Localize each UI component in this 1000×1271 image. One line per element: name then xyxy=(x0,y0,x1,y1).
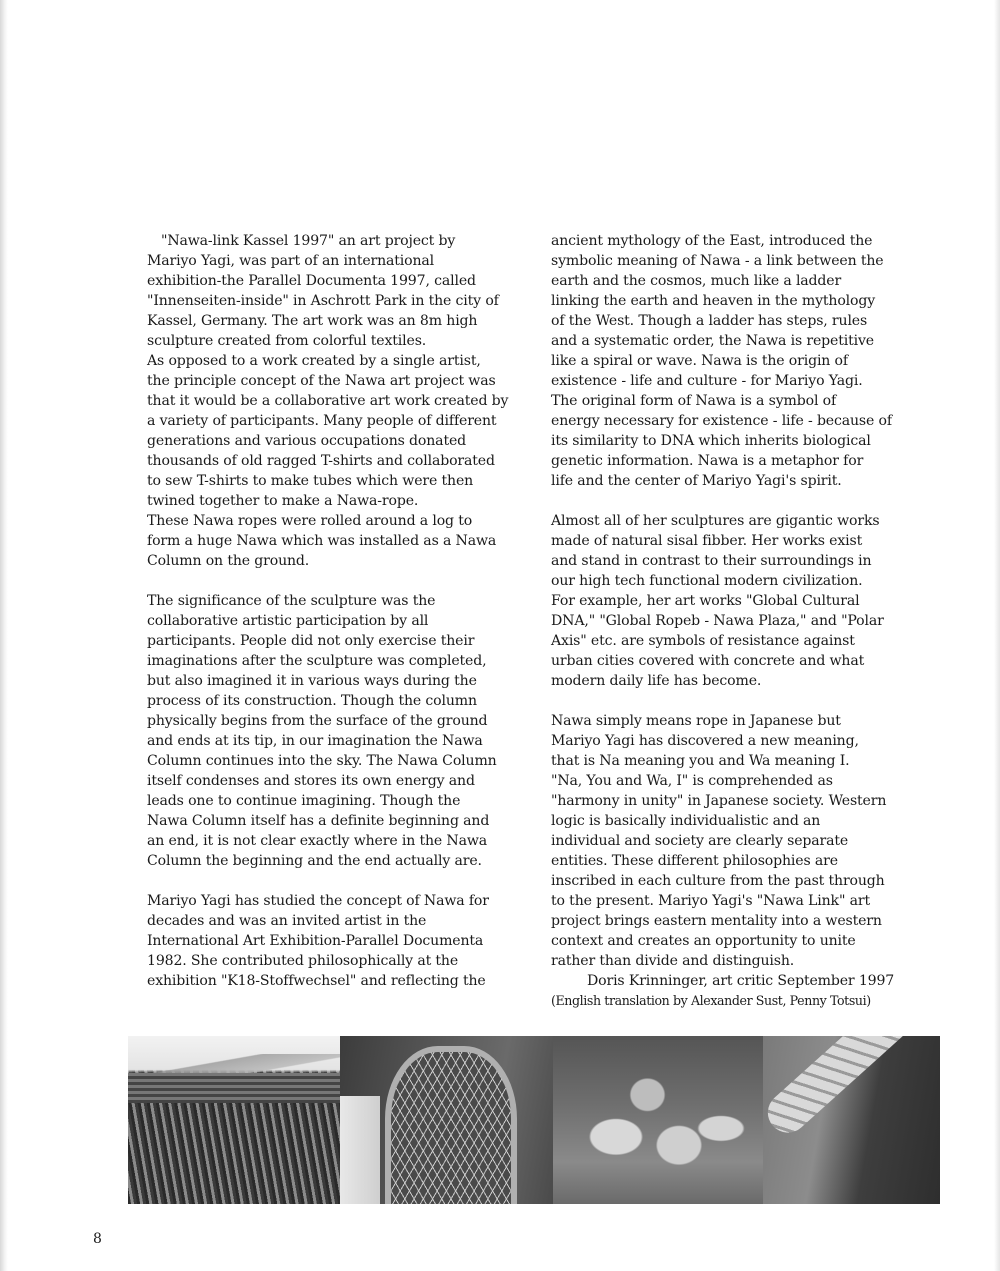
text-line: entities. These different philosophies a… xyxy=(551,851,881,871)
text-line: "Innenseiten-inside" in Aschrott Park in… xyxy=(147,291,492,311)
text-line: of the West. Though a ladder has steps, … xyxy=(551,311,881,331)
paragraph-gap xyxy=(551,691,881,711)
text-line: that it would be a collaborative art wor… xyxy=(147,391,492,411)
text-line: "harmony in unity" in Japanese society. … xyxy=(551,791,881,811)
text-line: and ends at its tip, in our imagination … xyxy=(147,731,492,751)
text-line: participants. People did not only exerci… xyxy=(147,631,492,651)
text-line: twined together to make a Nawa-rope. xyxy=(147,491,492,511)
text-line: Mariyo Yagi has studied the concept of N… xyxy=(147,891,492,911)
text-line: generations and various occupations dona… xyxy=(147,431,492,451)
text-line: but also imagined it in various ways dur… xyxy=(147,671,492,691)
text-line: project brings eastern mentality into a … xyxy=(551,911,881,931)
photo-rope-net-column xyxy=(340,1036,553,1204)
text-line: "Nawa-link Kassel 1997" an art project b… xyxy=(147,231,492,251)
text-line: Mariyo Yagi has discovered a new meaning… xyxy=(551,731,881,751)
text-line: collaborative artistic participation by … xyxy=(147,611,492,631)
text-line: urban cities covered with concrete and w… xyxy=(551,651,881,671)
text-line: energy necessary for existence - life - … xyxy=(551,411,881,431)
text-line: process of its construction. Though the … xyxy=(147,691,492,711)
text-line: Nawa simply means rope in Japanese but xyxy=(551,711,881,731)
text-line: earth and the cosmos, much like a ladder xyxy=(551,271,881,291)
photo-cultivated-fields xyxy=(128,1036,340,1204)
text-line: For example, her art works "Global Cultu… xyxy=(551,591,881,611)
text-line: International Art Exhibition-Parallel Do… xyxy=(147,931,492,951)
text-line: an end, it is not clear exactly where in… xyxy=(147,831,492,851)
text-line: DNA," "Global Ropeb - Nawa Plaza," and "… xyxy=(551,611,881,631)
paragraph-gap xyxy=(551,491,881,511)
text-line: sculpture created from colorful textiles… xyxy=(147,331,492,351)
text-line: its similarity to DNA which inherits bio… xyxy=(551,431,881,451)
text-line: These Nawa ropes were rolled around a lo… xyxy=(147,511,492,531)
text-line: itself condenses and stores its own ener… xyxy=(147,771,492,791)
text-line: rather than divide and distinguish. xyxy=(551,951,881,971)
text-line: context and creates an opportunity to un… xyxy=(551,931,881,951)
paragraph-gap xyxy=(147,871,492,891)
text-line: Axis" etc. are symbols of resistance aga… xyxy=(551,631,881,651)
text-line: like a spiral or wave. Nawa is the origi… xyxy=(551,351,881,371)
author-signature: Doris Krinninger, art critic September 1… xyxy=(551,971,881,991)
text-line: and stand in contrast to their surroundi… xyxy=(551,551,881,571)
text-line: life and the center of Mariyo Yagi's spi… xyxy=(551,471,881,491)
text-line: The significance of the sculpture was th… xyxy=(147,591,492,611)
photo-stone-statues xyxy=(553,1036,763,1204)
text-line: 1982. She contributed philosophically at… xyxy=(147,951,492,971)
text-line: made of natural sisal fibber. Her works … xyxy=(551,531,881,551)
text-line: thousands of old ragged T-shirts and col… xyxy=(147,451,492,471)
text-line: a variety of participants. Many people o… xyxy=(147,411,492,431)
text-line: "Na, You and Wa, I" is comprehended as xyxy=(551,771,881,791)
text-line: decades and was an invited artist in the xyxy=(147,911,492,931)
text-line: symbolic meaning of Nawa - a link betwee… xyxy=(551,251,881,271)
photo-rope-on-tree xyxy=(763,1036,940,1204)
text-line: As opposed to a work created by a single… xyxy=(147,351,492,371)
page-number: 8 xyxy=(93,1231,102,1247)
paragraph-gap xyxy=(147,571,492,591)
text-line: ancient mythology of the East, introduce… xyxy=(551,231,881,251)
text-line: Nawa Column itself has a definite beginn… xyxy=(147,811,492,831)
text-line: Column the beginning and the end actuall… xyxy=(147,851,492,871)
page-binding-shadow xyxy=(0,0,8,1271)
text-line: form a huge Nawa which was installed as … xyxy=(147,531,492,551)
text-line: logic is basically individualistic and a… xyxy=(551,811,881,831)
text-line: inscribed in each culture from the past … xyxy=(551,871,881,891)
text-line: the principle concept of the Nawa art pr… xyxy=(147,371,492,391)
text-line: existence - life and culture - for Mariy… xyxy=(551,371,881,391)
text-line: physically begins from the surface of th… xyxy=(147,711,492,731)
text-line: imaginations after the sculpture was com… xyxy=(147,651,492,671)
text-line: to the present. Mariyo Yagi's "Nawa Link… xyxy=(551,891,881,911)
text-line: our high tech functional modern civiliza… xyxy=(551,571,881,591)
text-line: linking the earth and heaven in the myth… xyxy=(551,291,881,311)
text-line: Almost all of her sculptures are giganti… xyxy=(551,511,881,531)
text-line: leads one to continue imagining. Though … xyxy=(147,791,492,811)
text-line: exhibition "K18-Stoffwechsel" and reflec… xyxy=(147,971,492,991)
text-line: Kassel, Germany. The art work was an 8m … xyxy=(147,311,492,331)
left-text-column: "Nawa-link Kassel 1997" an art project b… xyxy=(147,231,492,991)
text-line: Column continues into the sky. The Nawa … xyxy=(147,751,492,771)
text-line: modern daily life has become. xyxy=(551,671,881,691)
text-line: genetic information. Nawa is a metaphor … xyxy=(551,451,881,471)
text-line: individual and society are clearly separ… xyxy=(551,831,881,851)
text-line: that is Na meaning you and Wa meaning I. xyxy=(551,751,881,771)
text-line: exhibition-the Parallel Documenta 1997, … xyxy=(147,271,492,291)
translation-credit: (English translation by Alexander Sust, … xyxy=(551,991,881,1011)
right-text-column: ancient mythology of the East, introduce… xyxy=(551,231,881,1011)
photo-strip xyxy=(128,1036,940,1204)
text-line: The original form of Nawa is a symbol of xyxy=(551,391,881,411)
text-line: Mariyo Yagi, was part of an internationa… xyxy=(147,251,492,271)
page-edge-shadow xyxy=(994,0,1000,1271)
text-line: to sew T-shirts to make tubes which were… xyxy=(147,471,492,491)
text-line: Column on the ground. xyxy=(147,551,492,571)
text-line: and a systematic order, the Nawa is repe… xyxy=(551,331,881,351)
